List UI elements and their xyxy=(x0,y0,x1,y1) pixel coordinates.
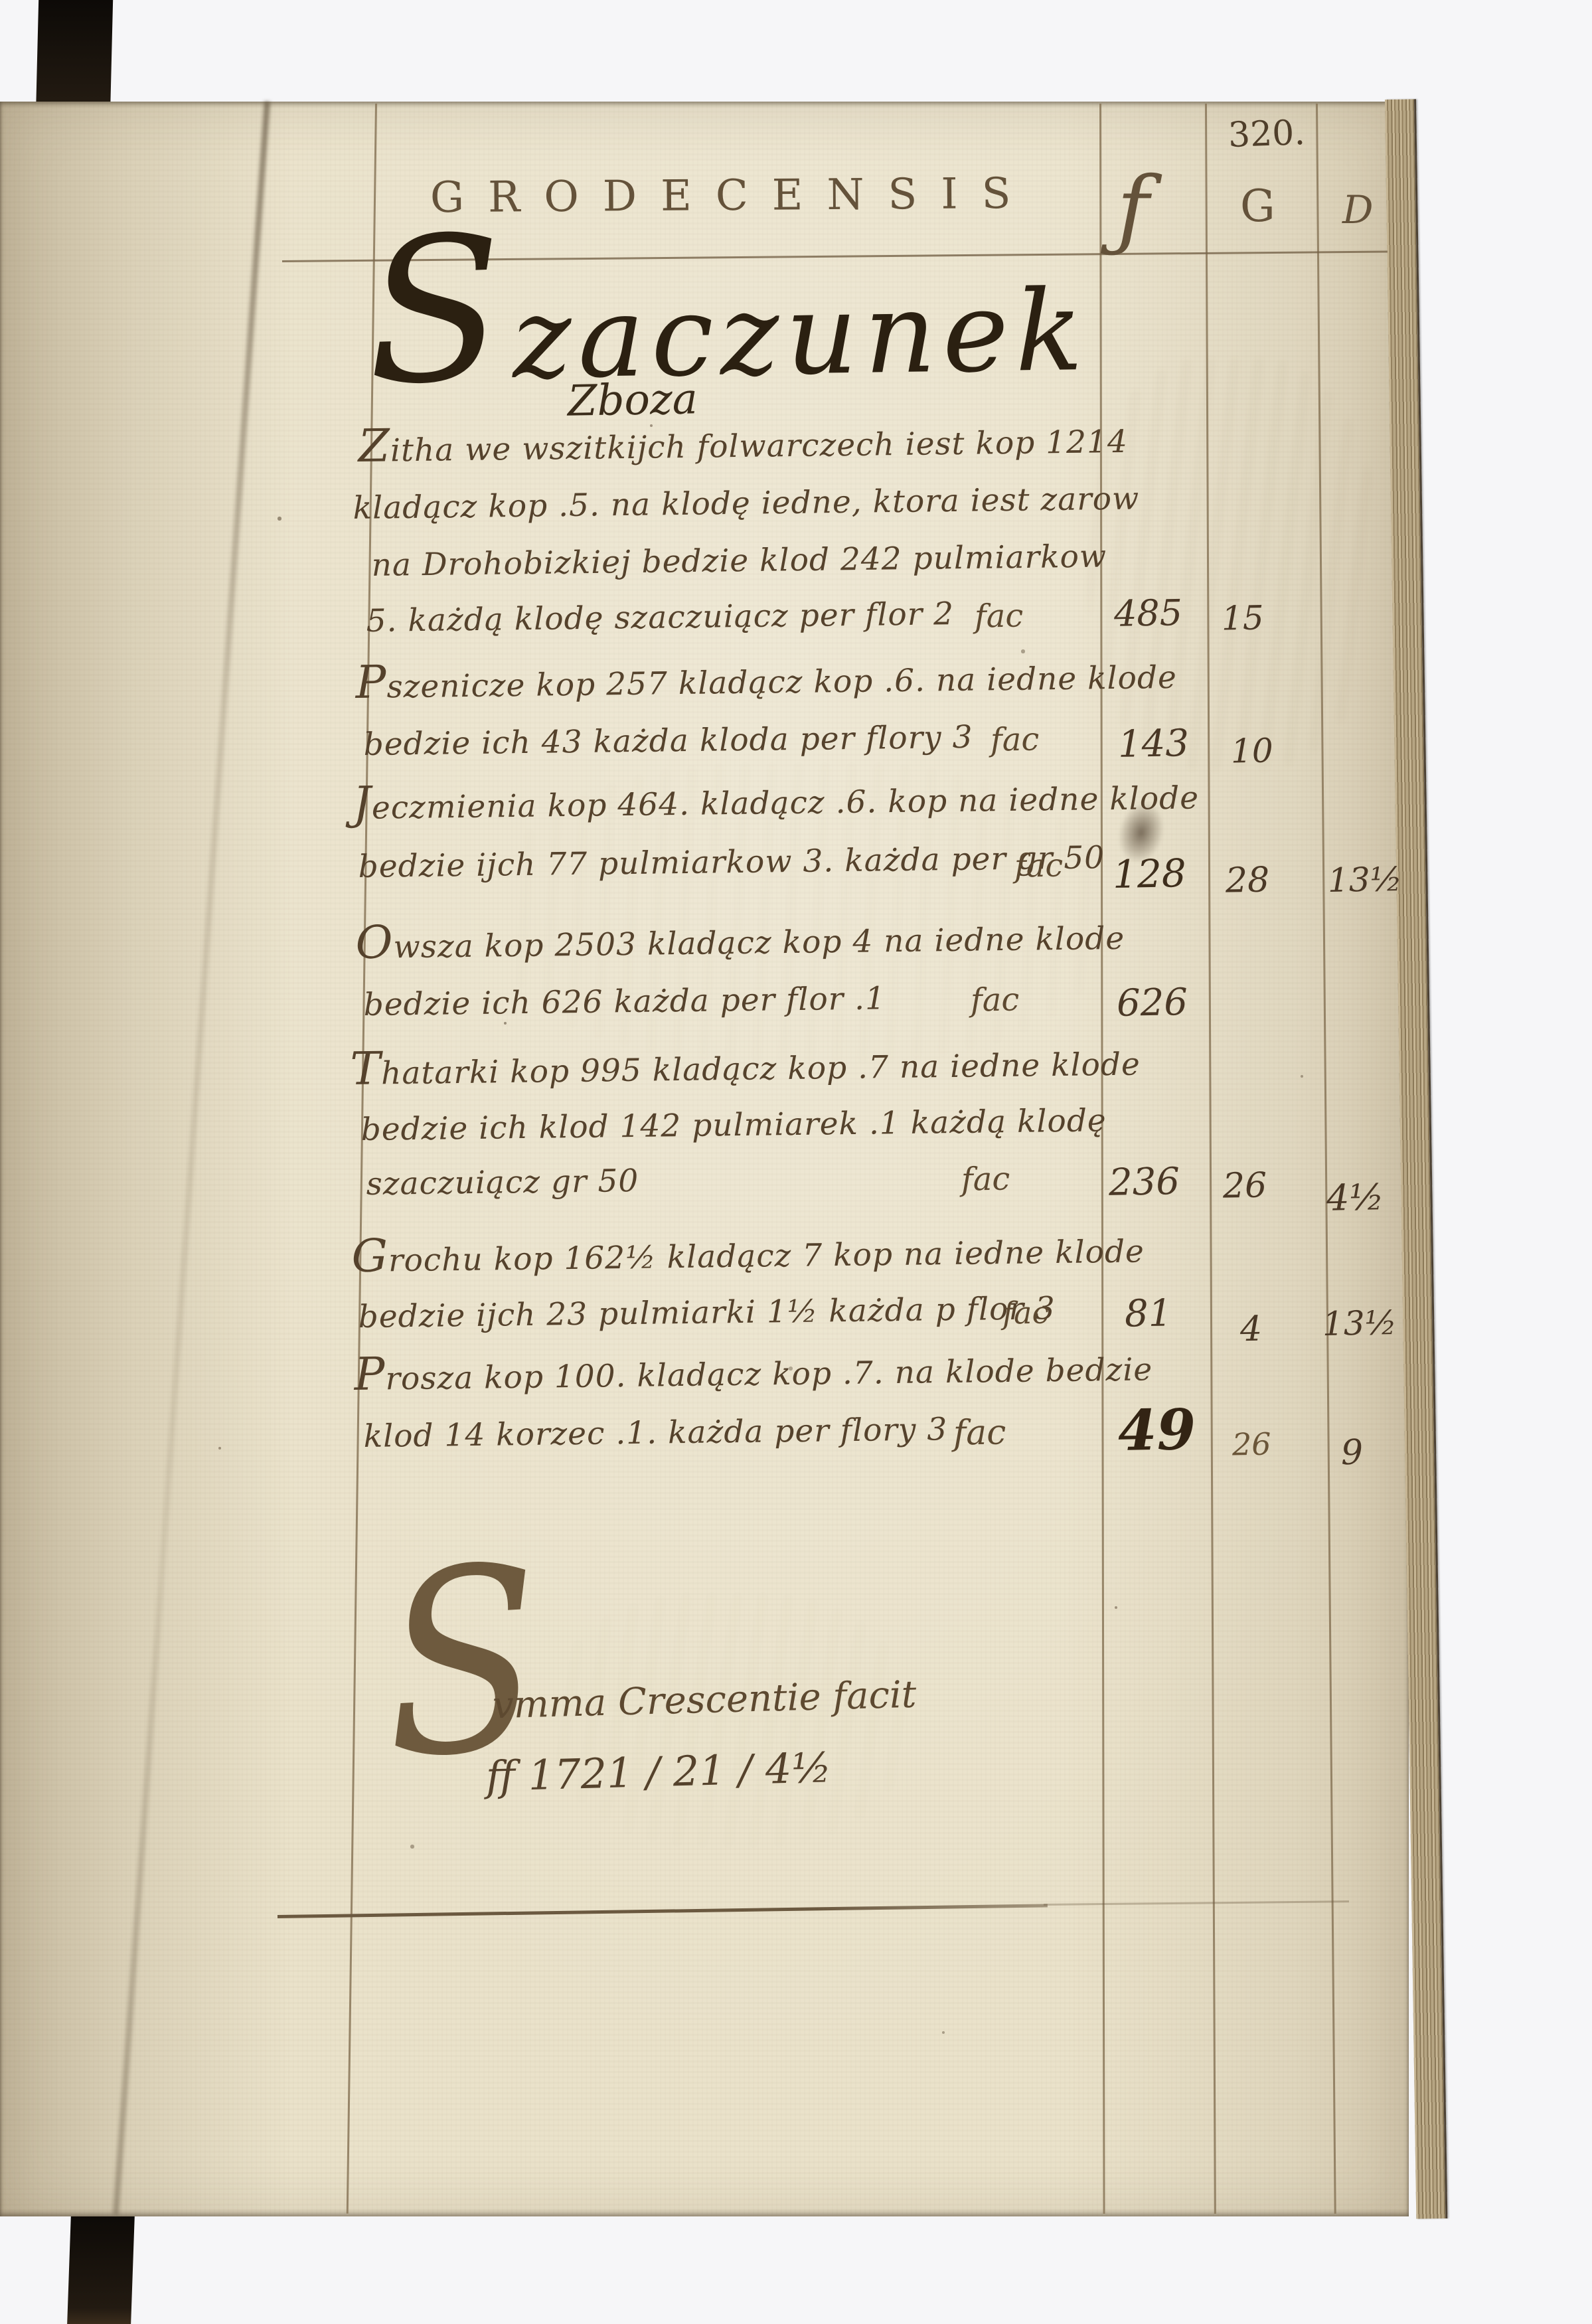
header-column-denary: D xyxy=(1342,187,1374,232)
fac-label: fac xyxy=(971,981,1020,1019)
value-florins: 49 xyxy=(1117,1396,1196,1463)
folio-number: 320. xyxy=(1228,113,1306,155)
value-grosze: 26 xyxy=(1232,1426,1271,1462)
fac-label: fac xyxy=(991,720,1040,758)
value-florins: 626 xyxy=(1116,981,1188,1025)
entry-line: bedzie ich 626 każda per flor .1 xyxy=(363,980,886,1023)
value-grosze: 26 xyxy=(1222,1165,1267,1206)
value-florins: 128 xyxy=(1112,851,1186,897)
fac-label: fac xyxy=(975,597,1024,635)
value-grosze: 15 xyxy=(1221,598,1264,637)
header-column-florins: ƒ xyxy=(1117,158,1149,260)
value-florins: 236 xyxy=(1108,1160,1180,1204)
header-column-grosze: G xyxy=(1240,181,1275,232)
entry-line: szaczuiącz gr 50 xyxy=(366,1163,639,1203)
fac-label: fac xyxy=(961,1160,1010,1198)
manuscript-scan: 320. GRODECENSIS ƒ G D S zaczunek Zboza … xyxy=(0,0,1592,2324)
summary-initial-flourish: S xyxy=(380,1545,545,1782)
bleed-through-ghost xyxy=(1089,359,1374,770)
header-region-title: GRODECENSIS xyxy=(430,169,1035,222)
entry-line: klod 14 korzec .1. każda per flory 3 xyxy=(363,1411,947,1455)
value-florins: 485 xyxy=(1113,592,1182,635)
paper-speckles xyxy=(0,0,1,1)
value-florins: 143 xyxy=(1117,722,1189,766)
entry-line: bedzie ich 43 każda kloda per flory 3 xyxy=(363,719,973,763)
page-title-initial: S xyxy=(364,231,506,391)
value-florins: 81 xyxy=(1124,1291,1172,1335)
page-subtitle: Zboza xyxy=(567,374,698,426)
fac-label: fac xyxy=(953,1412,1006,1453)
entry-line: 5. każdą klodę szaczuiącz per flor 2 xyxy=(366,596,954,639)
value-denary: 13½ xyxy=(1322,1303,1397,1343)
value-denary: 13½ xyxy=(1328,860,1403,900)
value-denary: 9 xyxy=(1340,1433,1363,1473)
fac-label: fac xyxy=(1002,1294,1050,1331)
fac-label: fac xyxy=(1014,847,1064,884)
value-denary: 4½ xyxy=(1326,1176,1384,1219)
binding-ribbon-top xyxy=(36,0,113,118)
value-grosze: 4 xyxy=(1239,1309,1262,1350)
summary-total: ff 1721 / 21 / 4½ xyxy=(485,1743,832,1801)
value-grosze: 10 xyxy=(1230,731,1273,770)
binding-ribbon-bottom xyxy=(67,2215,135,2324)
value-grosze: 28 xyxy=(1225,860,1269,900)
